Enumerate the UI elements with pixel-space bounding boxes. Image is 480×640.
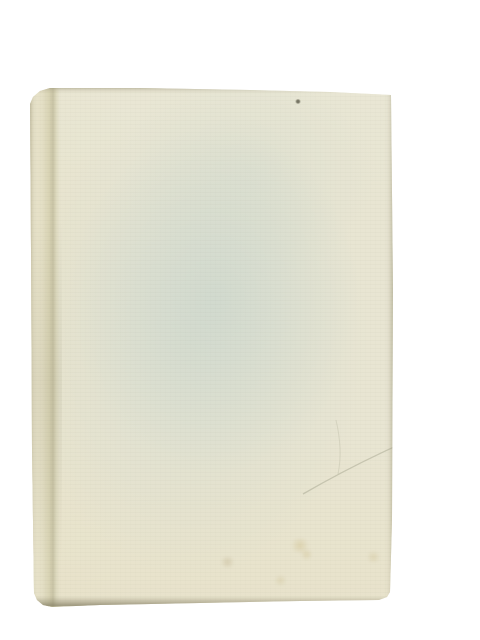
crease-line: [336, 420, 340, 474]
crease-line: [303, 447, 394, 494]
spine-headcap-highlight: [0, 0, 30, 26]
photo-background: [0, 0, 480, 640]
book-cover-photo: [0, 0, 480, 640]
crease-lines: [0, 0, 480, 640]
